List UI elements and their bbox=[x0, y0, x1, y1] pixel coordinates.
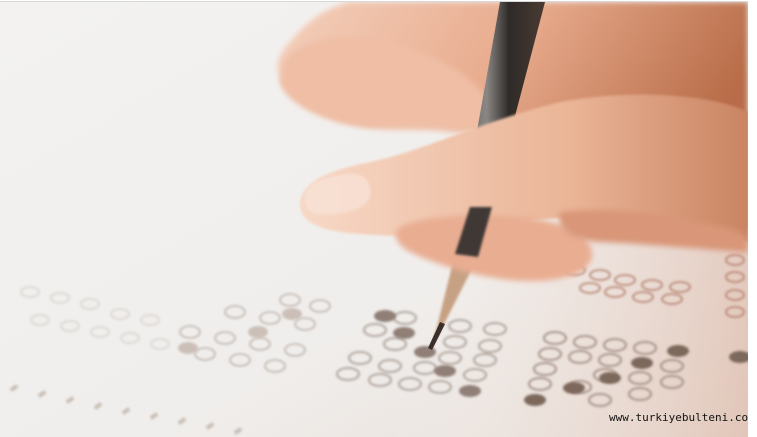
exam-photo-illustration bbox=[0, 2, 748, 437]
right-margin bbox=[748, 0, 757, 437]
photo: www.turkiyebulteni.com bbox=[0, 1, 748, 437]
watermark-text: www.turkiyebulteni.com bbox=[609, 411, 748, 424]
